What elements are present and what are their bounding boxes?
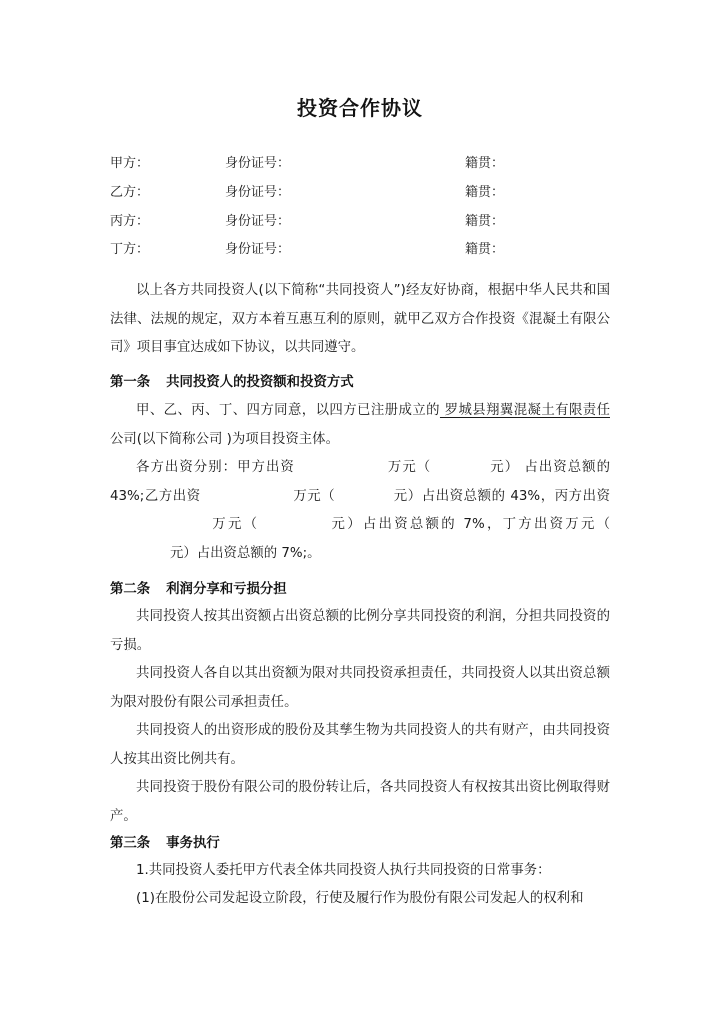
paragraph-text: 甲、乙、丙、丁、四方同意，以四方已注册成立的 xyxy=(136,403,440,418)
paragraph-text: 万元（ xyxy=(293,489,335,504)
article-3-heading: 第三条事务执行 xyxy=(110,829,610,857)
article-number: 第二条 xyxy=(110,581,150,597)
article-2-heading: 第二条利润分享和亏损分担 xyxy=(110,575,610,603)
paragraph-text: 万元（ xyxy=(565,517,610,532)
article-1-paragraph-1: 甲、乙、丙、丁、四方同意，以四方已注册成立的 罗城县翔翼混凝土有限责任 公司(以… xyxy=(110,397,610,454)
native-place-label: 籍贯： xyxy=(465,240,504,260)
document-page: 投资合作协议 甲方： 身份证号： 籍贯： 乙方： 身份证号： 籍贯： 丙方： 身… xyxy=(0,0,720,1017)
paragraph-text: 元）占出资总额的 43%，丙方出资 xyxy=(393,489,610,504)
article-2-paragraph-1: 共同投资人按其出资额占出资总额的比例分享共同投资的利润，分担共同投资的亏损。 xyxy=(110,603,610,660)
article-2-paragraph-3: 共同投资人的出资形成的股份及其孳生物为共同投资人的共有财产，由共同投资人按其出资… xyxy=(110,717,610,774)
article-number: 第三条 xyxy=(110,835,150,851)
id-number-label: 身份证号： xyxy=(225,154,290,174)
preamble-paragraph: 以上各方共同投资人(以下简称“共同投资人”)经友好协商，根据中华人民共和国法律、… xyxy=(110,277,610,363)
paragraph-text: 各方出资分别：甲方出资 xyxy=(136,460,295,475)
native-place-label: 籍贯： xyxy=(465,154,504,174)
article-2-paragraph-2: 共同投资人各自以其出资额为限对共同投资承担责任，共同投资人以其出资总额为限对股份… xyxy=(110,660,610,717)
article-2-paragraph-4: 共同投资于股份有限公司的股份转让后，各共同投资人有权按其出资比例取得财产。 xyxy=(110,774,610,831)
article-number: 第一条 xyxy=(110,374,150,390)
party-label: 甲方： xyxy=(110,154,149,174)
paragraph-text: 元）占出资总额的 7%;。 xyxy=(170,546,321,561)
paragraph-text: 万元（ xyxy=(210,517,259,532)
id-number-label: 身份证号： xyxy=(225,183,290,203)
party-row-c: 丙方： 身份证号： 籍贯： xyxy=(110,212,610,232)
paragraph-text: 公司(以下简称公司 )为项目投资主体。 xyxy=(110,432,339,447)
id-number-label: 身份证号： xyxy=(225,212,290,232)
native-place-label: 籍贯： xyxy=(465,212,504,232)
id-number-label: 身份证号： xyxy=(225,240,290,260)
article-title: 事务执行 xyxy=(166,835,220,851)
party-label: 丙方： xyxy=(110,212,149,232)
native-place-label: 籍贯： xyxy=(465,183,504,203)
article-title: 共同投资人的投资额和投资方式 xyxy=(166,374,353,390)
paragraph-text: 元）占出资总额的 7%，丁方出资 xyxy=(329,517,565,532)
party-label: 乙方： xyxy=(110,183,149,203)
party-row-a: 甲方： 身份证号： 籍贯： xyxy=(110,154,610,174)
party-row-b: 乙方： 身份证号： 籍贯： xyxy=(110,183,610,203)
company-name: 罗城县翔翼混凝土有限责任 xyxy=(440,403,610,418)
party-label: 丁方： xyxy=(110,240,149,260)
article-title: 利润分享和亏损分担 xyxy=(166,581,287,597)
article-3-paragraph-1: 1.共同投资人委托甲方代表全体共同投资人执行共同投资的日常事务： xyxy=(110,857,610,886)
paragraph-text: 万元（ xyxy=(387,460,431,475)
document-title: 投资合作协议 xyxy=(0,92,720,121)
article-1-paragraph-2: 各方出资分别：甲方出资万元（元） 占出资总额的43%;乙方出资万元（元）占出资总… xyxy=(110,454,610,568)
party-row-d: 丁方： 身份证号： 籍贯： xyxy=(110,240,610,260)
article-3-paragraph-2: (1)在股份公司发起设立阶段，行使及履行作为股份有限公司发起人的权利和 xyxy=(110,885,610,914)
article-1-heading: 第一条共同投资人的投资额和投资方式 xyxy=(110,368,610,396)
